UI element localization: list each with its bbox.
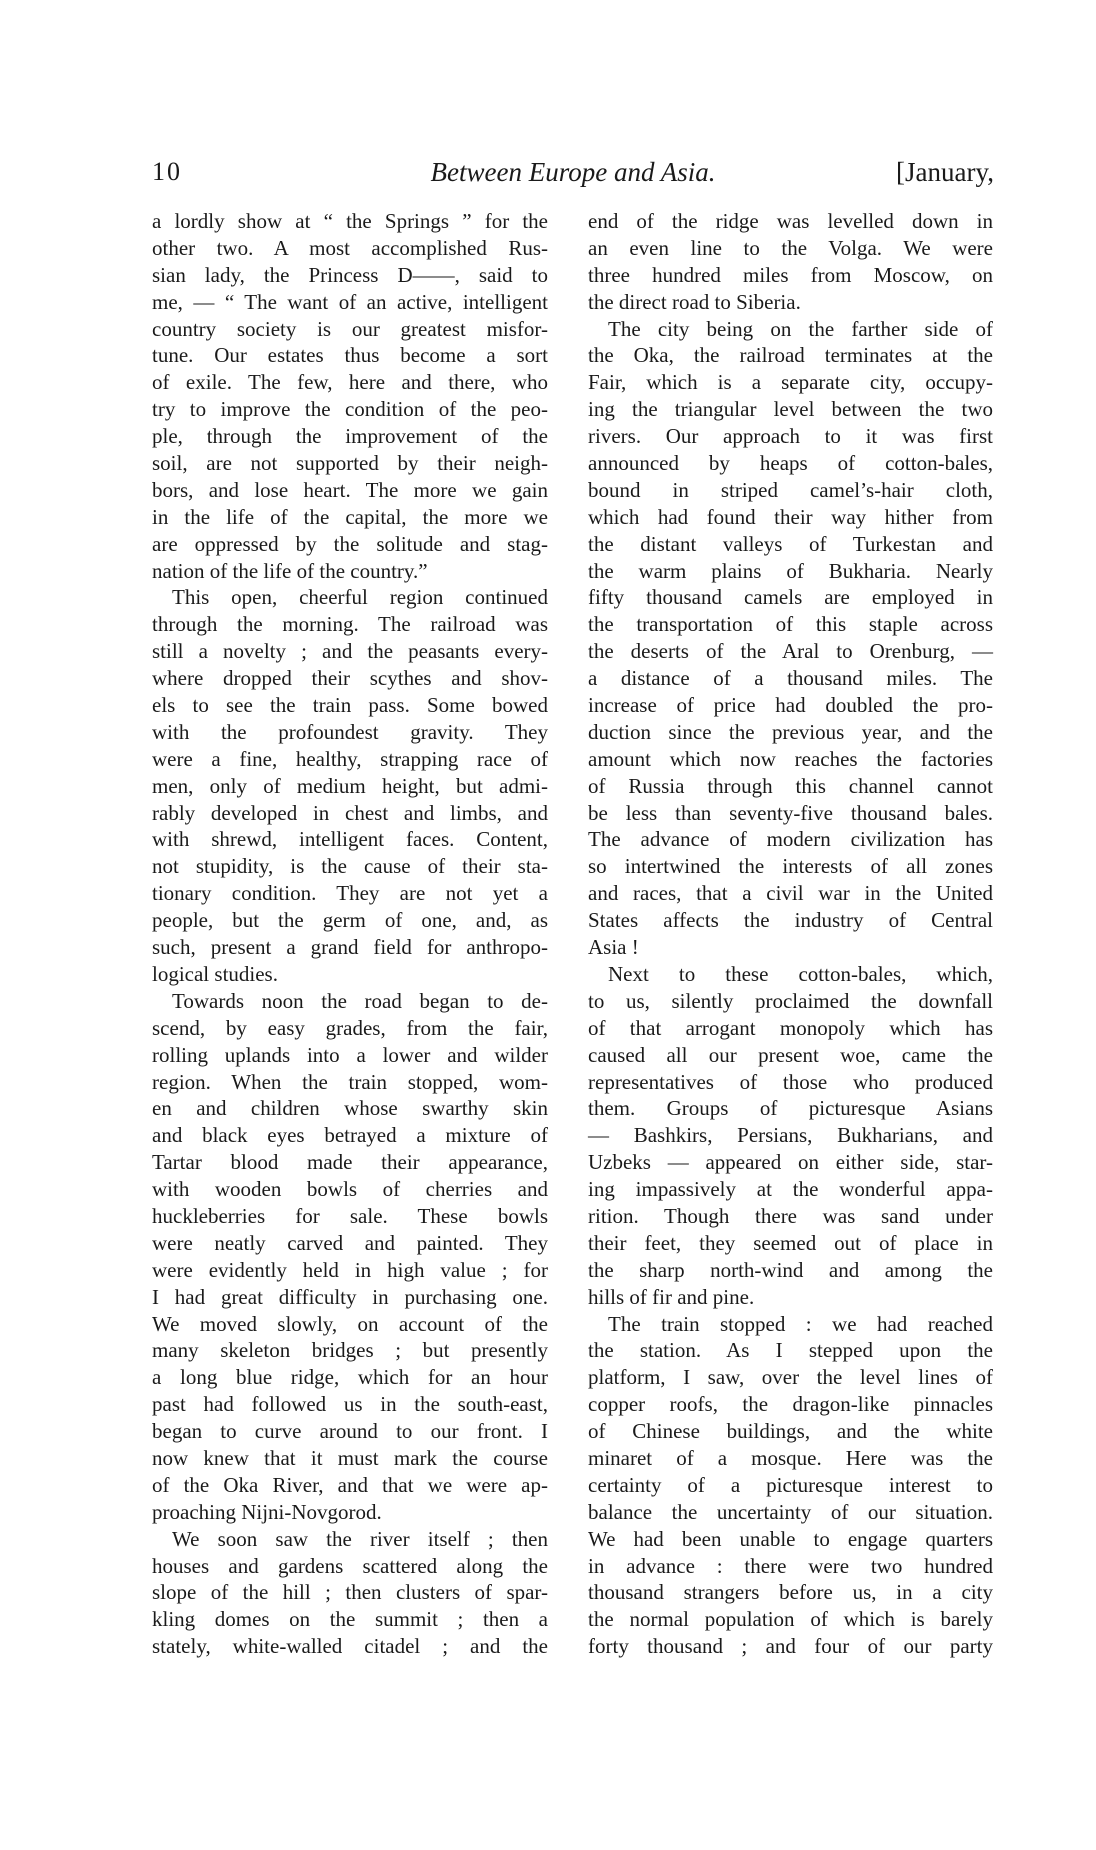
text-line: Uzbeks — appeared on either side, star-: [588, 1149, 993, 1176]
text-line: which had found their way hither from: [588, 504, 993, 531]
text-line: a long blue ridge, which for an hour: [152, 1364, 548, 1391]
text-line: The city being on the farther side of: [588, 316, 993, 343]
text-line: ple, through the improvement of the: [152, 423, 548, 450]
text-line: en and children whose swarthy skin: [152, 1095, 548, 1122]
text-line: the transportation of this staple across: [588, 611, 993, 638]
text-line: The train stopped : we had reached: [588, 1311, 993, 1338]
text-line: the Oka, the railroad terminates at the: [588, 342, 993, 369]
text-line: and races, that a civil war in the Unite…: [588, 880, 993, 907]
text-line: proaching Nijni-Novgorod.: [152, 1499, 548, 1526]
text-line: the normal population of which is barely: [588, 1606, 993, 1633]
text-line: to us, silently proclaimed the downfall: [588, 988, 993, 1015]
text-line: duction since the previous year, and the: [588, 719, 993, 746]
text-line: ing the triangular level between the two: [588, 396, 993, 423]
text-line: els to see the train pass. Some bowed: [152, 692, 548, 719]
text-line: thousand strangers before us, in a city: [588, 1579, 993, 1606]
text-line: bound in striped camel’s-hair cloth,: [588, 477, 993, 504]
text-line: Next to these cotton-bales, which,: [588, 961, 993, 988]
text-line: be less than seventy-five thousand bales…: [588, 800, 993, 827]
text-line: kling domes on the summit ; then a: [152, 1606, 548, 1633]
text-line: rolling uplands into a lower and wilder: [152, 1042, 548, 1069]
text-line: We had been unable to engage quarters: [588, 1526, 993, 1553]
text-line: in advance : there were two hundred: [588, 1553, 993, 1580]
text-line: nation of the life of the country.”: [152, 558, 548, 585]
text-line: the deserts of the Aral to Orenburg, —: [588, 638, 993, 665]
text-line: their feet, they seemed out of place in: [588, 1230, 993, 1257]
page-header: 10 Between Europe and Asia. [January,: [152, 156, 994, 188]
text-line: the sharp north-wind and among the: [588, 1257, 993, 1284]
text-line: people, but the germ of one, and, as: [152, 907, 548, 934]
text-line: We soon saw the river itself ; then: [152, 1526, 548, 1553]
text-line: a distance of a thousand miles. The: [588, 665, 993, 692]
text-line: of the Oka River, and that we were ap-: [152, 1472, 548, 1499]
text-line: This open, cheerful region continued: [152, 584, 548, 611]
text-line: houses and gardens scattered along the: [152, 1553, 548, 1580]
text-line: bors, and lose heart. The more we gain: [152, 477, 548, 504]
text-line: soil, are not supported by their neigh-: [152, 450, 548, 477]
text-line: began to curve around to our front. I: [152, 1418, 548, 1445]
text-line: where dropped their scythes and shov-: [152, 665, 548, 692]
text-line: such, present a grand field for anthropo…: [152, 934, 548, 961]
text-line: with wooden bowls of cherries and: [152, 1176, 548, 1203]
text-line: We moved slowly, on account of the: [152, 1311, 548, 1338]
text-line: Tartar blood made their appearance,: [152, 1149, 548, 1176]
text-line: of Russia through this channel cannot: [588, 773, 993, 800]
text-line: forty thousand ; and four of our party: [588, 1633, 993, 1660]
text-line: of Chinese buildings, and the white: [588, 1418, 993, 1445]
text-line: rably developed in chest and limbs, and: [152, 800, 548, 827]
text-line: them. Groups of picturesque Asians: [588, 1095, 993, 1122]
text-line: — Bashkirs, Persians, Bukharians, and: [588, 1122, 993, 1149]
text-line: with the profoundest gravity. They: [152, 719, 548, 746]
text-line: ing impassively at the wonderful appa-: [588, 1176, 993, 1203]
text-line: The advance of modern civilization has: [588, 826, 993, 853]
text-line: the direct road to Siberia.: [588, 289, 993, 316]
text-line: so intertwined the interests of all zone…: [588, 853, 993, 880]
text-line: the distant valleys of Turkestan and: [588, 531, 993, 558]
text-line: of that arrogant monopoly which has: [588, 1015, 993, 1042]
text-line: through the morning. The railroad was: [152, 611, 548, 638]
text-line: States affects the industry of Central: [588, 907, 993, 934]
text-line: end of the ridge was levelled down in: [588, 208, 993, 235]
text-line: tionary condition. They are not yet a: [152, 880, 548, 907]
text-line: many skeleton bridges ; but presently: [152, 1337, 548, 1364]
text-line: Towards noon the road began to de-: [152, 988, 548, 1015]
text-line: three hundred miles from Moscow, on: [588, 262, 993, 289]
text-line: certainty of a picturesque interest to: [588, 1472, 993, 1499]
text-line: and black eyes betrayed a mixture of: [152, 1122, 548, 1149]
text-line: were neatly carved and painted. They: [152, 1230, 548, 1257]
text-line: still a novelty ; and the peasants every…: [152, 638, 548, 665]
text-line: announced by heaps of cotton-bales,: [588, 450, 993, 477]
text-line: platform, I saw, over the level lines of: [588, 1364, 993, 1391]
text-line: are oppressed by the solitude and stag-: [152, 531, 548, 558]
text-line: slope of the hill ; then clusters of spa…: [152, 1579, 548, 1606]
text-line: were a fine, healthy, strapping race of: [152, 746, 548, 773]
text-line: tune. Our estates thus become a sort: [152, 342, 548, 369]
text-line: logical studies.: [152, 961, 548, 988]
right-column: end of the ridge was levelled down inan …: [588, 208, 993, 1660]
text-line: representatives of those who produced: [588, 1069, 993, 1096]
running-title: Between Europe and Asia.: [152, 156, 994, 188]
text-line: try to improve the condition of the peo-: [152, 396, 548, 423]
text-line: amount which now reaches the factories: [588, 746, 993, 773]
text-line: men, only of medium height, but admi-: [152, 773, 548, 800]
text-line: fifty thousand camels are employed in: [588, 584, 993, 611]
text-line: me, — “ The want of an active, intellige…: [152, 289, 548, 316]
running-date: [January,: [896, 156, 994, 188]
text-line: rivers. Our approach to it was first: [588, 423, 993, 450]
text-line: country society is our greatest misfor-: [152, 316, 548, 343]
text-line: rition. Though there was sand under: [588, 1203, 993, 1230]
text-line: in the life of the capital, the more we: [152, 504, 548, 531]
text-line: the station. As I stepped upon the: [588, 1337, 993, 1364]
text-line: sian lady, the Princess D——, said to: [152, 262, 548, 289]
text-line: caused all our present woe, came the: [588, 1042, 993, 1069]
text-line: other two. A most accomplished Rus-: [152, 235, 548, 262]
text-line: past had followed us in the south-east,: [152, 1391, 548, 1418]
text-line: hills of fir and pine.: [588, 1284, 993, 1311]
text-line: Asia !: [588, 934, 993, 961]
text-line: increase of price had doubled the pro-: [588, 692, 993, 719]
text-line: not stupidity, is the cause of their sta…: [152, 853, 548, 880]
text-line: balance the uncertainty of our situation…: [588, 1499, 993, 1526]
text-line: now knew that it must mark the course: [152, 1445, 548, 1472]
text-line: scend, by easy grades, from the fair,: [152, 1015, 548, 1042]
text-line: I had great difficulty in purchasing one…: [152, 1284, 548, 1311]
text-line: stately, white-walled citadel ; and the: [152, 1633, 548, 1660]
text-line: huckleberries for sale. These bowls: [152, 1203, 548, 1230]
text-line: the warm plains of Bukharia. Nearly: [588, 558, 993, 585]
text-line: of exile. The few, here and there, who: [152, 369, 548, 396]
text-line: Fair, which is a separate city, occupy-: [588, 369, 993, 396]
text-line: copper roofs, the dragon-like pinnacles: [588, 1391, 993, 1418]
left-column: a lordly show at “ the Springs ” for the…: [152, 208, 548, 1660]
text-line: region. When the train stopped, wom-: [152, 1069, 548, 1096]
text-line: were evidently held in high value ; for: [152, 1257, 548, 1284]
text-line: a lordly show at “ the Springs ” for the: [152, 208, 548, 235]
text-line: an even line to the Volga. We were: [588, 235, 993, 262]
text-line: minaret of a mosque. Here was the: [588, 1445, 993, 1472]
text-line: with shrewd, intelligent faces. Content,: [152, 826, 548, 853]
